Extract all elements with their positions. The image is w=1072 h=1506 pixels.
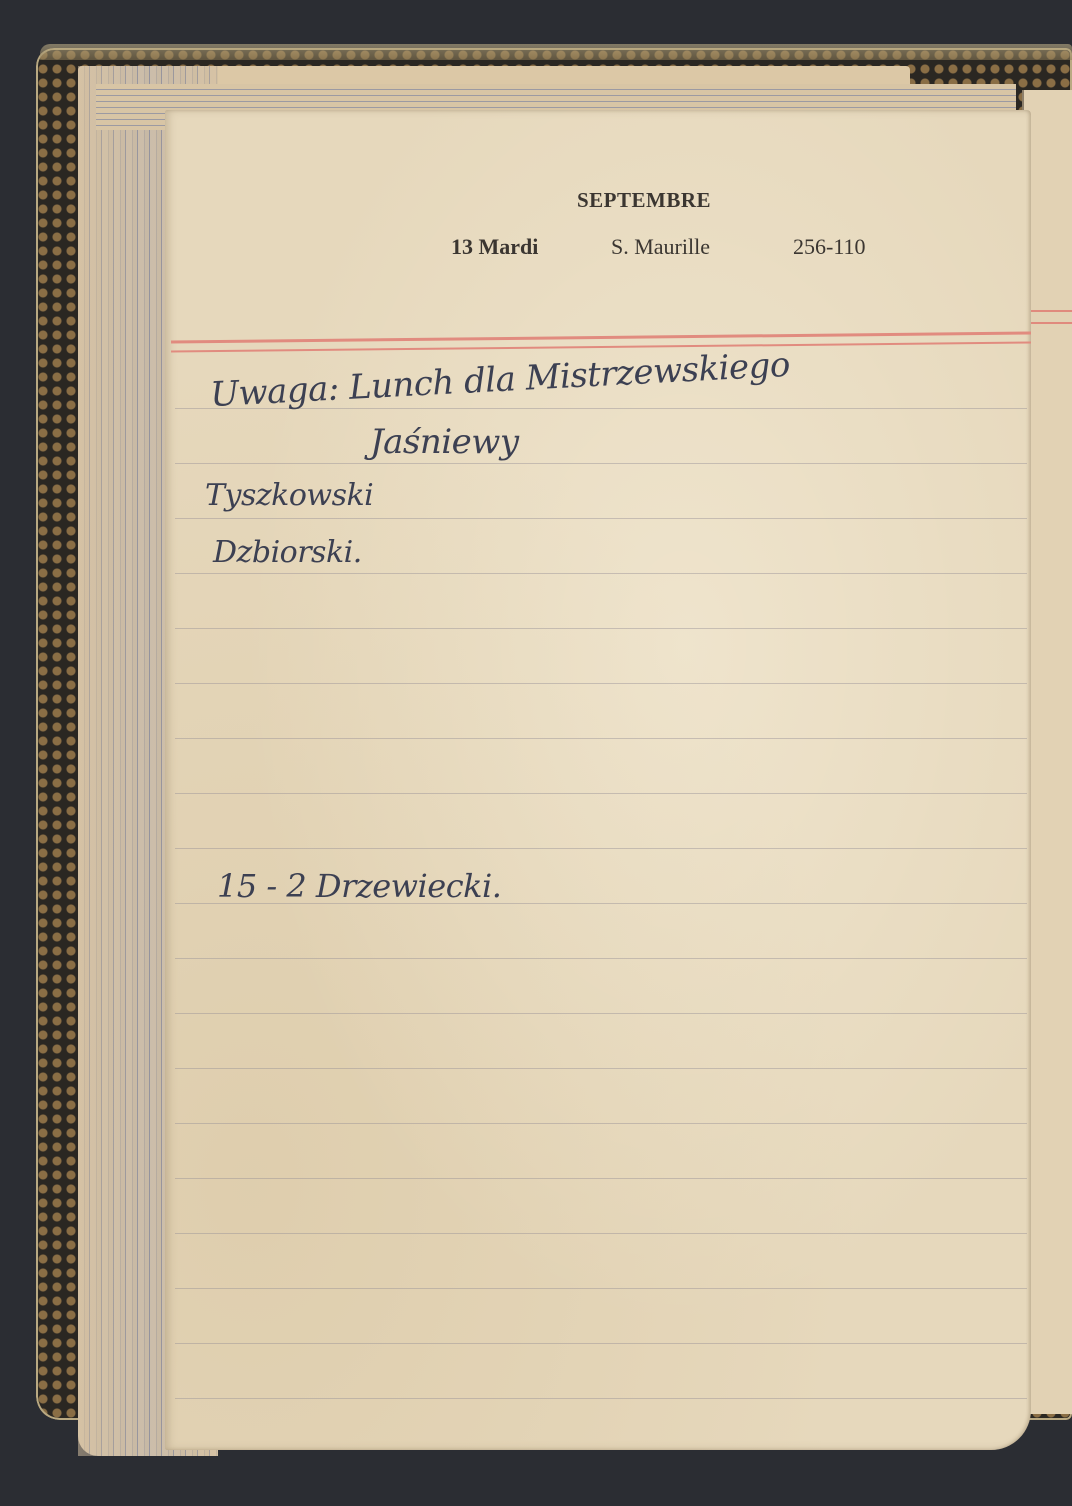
ruled-line <box>175 1398 1027 1399</box>
handwritten-note-line-4: Dzbiorski. <box>213 535 362 570</box>
header-date-line: 13 Mardi S. Maurille 256-110 <box>451 234 866 260</box>
ruled-line <box>175 683 1027 684</box>
ruled-line <box>175 573 1027 574</box>
handwritten-note-line-5: 15 - 2 Drzewiecki. <box>217 867 501 905</box>
ruled-line <box>175 958 1027 959</box>
ruled-line <box>175 1068 1027 1069</box>
ruled-line <box>175 1123 1027 1124</box>
ruled-line <box>175 1233 1027 1234</box>
diary-page: SEPTEMBRE 13 Mardi S. Maurille 256-110 U… <box>165 110 1031 1450</box>
ruled-line <box>175 518 1027 519</box>
red-margin-rule <box>171 341 1031 352</box>
ruled-line <box>175 848 1027 849</box>
ruled-line <box>175 1013 1027 1014</box>
ruled-line <box>175 793 1027 794</box>
header-day: 13 Mardi <box>451 234 611 260</box>
red-margin-rule <box>171 331 1031 343</box>
cover-edge <box>40 44 1072 60</box>
header-saint: S. Maurille <box>611 234 793 260</box>
ruled-line <box>175 1178 1027 1179</box>
ruled-line <box>175 463 1027 464</box>
scanned-diary-image: SEPTEMBRE 13 Mardi S. Maurille 256-110 U… <box>0 0 1072 1506</box>
ruled-line <box>175 1288 1027 1289</box>
ruled-line <box>175 628 1027 629</box>
facing-page-red-rule <box>1024 322 1072 324</box>
facing-page-red-rule <box>1024 310 1072 312</box>
ruled-line <box>175 1343 1027 1344</box>
header-month: SEPTEMBRE <box>577 188 711 213</box>
handwritten-note-line-3: Tyszkowski <box>205 478 373 513</box>
ruled-line <box>175 738 1027 739</box>
header-day-count: 256-110 <box>793 234 866 260</box>
handwritten-note-line-1: Uwaga: Lunch dla Mistrzewskiego <box>209 345 790 415</box>
handwritten-note-line-2: Jaśniewy <box>370 422 519 462</box>
